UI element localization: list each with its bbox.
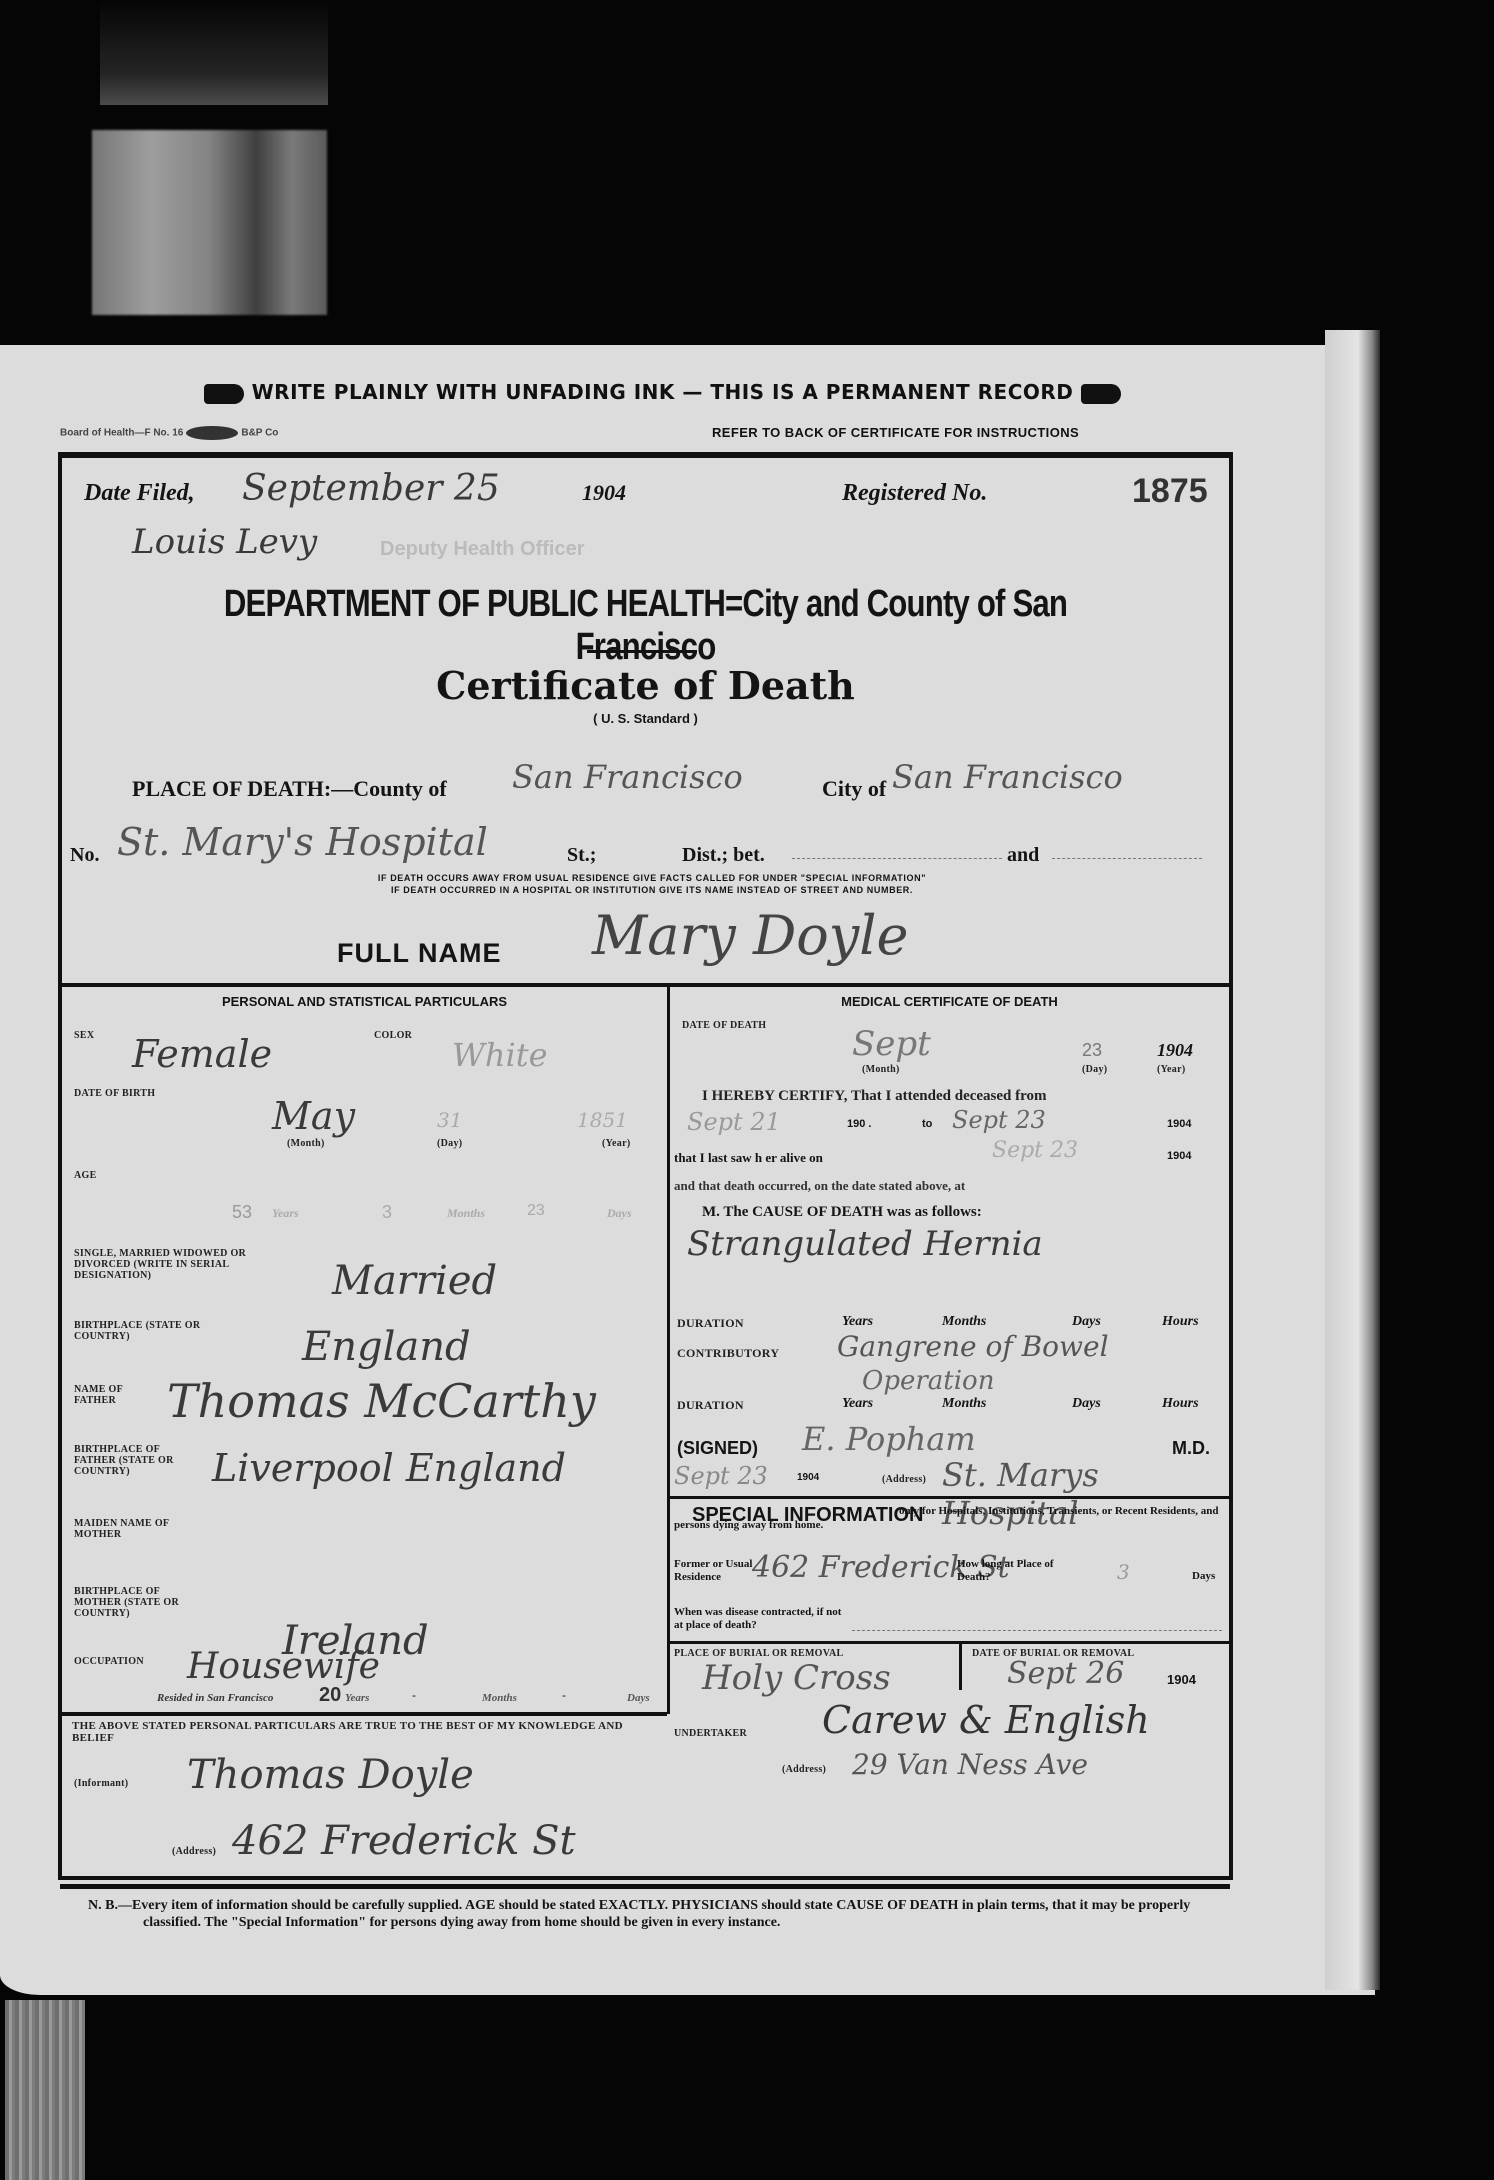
duration-months: Months <box>942 1314 986 1330</box>
title-divider <box>587 650 697 653</box>
date-filed-label: Date Filed, <box>84 480 195 507</box>
dod-month: Sept <box>852 1024 931 1064</box>
cause-text: M. The CAUSE OF DEATH was as follows: <box>702 1204 982 1221</box>
resided-label: Resided in San Francisco <box>157 1692 273 1704</box>
burial-year: 1904 <box>1167 1672 1196 1687</box>
contributory-value-2: Operation <box>862 1366 994 1396</box>
place-of-death-label: PLACE OF DEATH:—County of <box>132 776 447 802</box>
age-days-caption: Days <box>607 1206 632 1221</box>
occupation-label: OCCUPATION <box>74 1656 144 1667</box>
duration-days-2: Days <box>1072 1396 1101 1412</box>
informant-address-label: (Address) <box>172 1846 216 1857</box>
father-birthplace-label: BIRTHPLACE OF FATHER (State or Country) <box>74 1444 194 1477</box>
dod-label: DATE OF DEATH <box>682 1020 766 1031</box>
certificate-title: Certificate of Death <box>62 663 1229 708</box>
personal-bottom-divider <box>62 1712 667 1716</box>
contracted-line <box>852 1630 1222 1631</box>
duration-hours: Hours <box>1162 1314 1199 1330</box>
marital-value: Married <box>332 1258 497 1304</box>
informant-value: Thomas Doyle <box>187 1752 474 1798</box>
how-long-label: How long at Place of Death? <box>957 1558 1067 1584</box>
district-label: Dist.; bet. <box>682 844 765 867</box>
printer-mark: Board of Health—F No. 16B&P Co <box>60 426 278 440</box>
attended-from-year: 190 . <box>847 1118 871 1130</box>
special-bottom-divider <box>667 1641 1229 1644</box>
resided-days: - <box>562 1688 566 1702</box>
full-name-value: Mary Doyle <box>592 904 909 967</box>
street-label: St.; <box>567 844 596 867</box>
physician-address-label: (Address) <box>882 1474 926 1485</box>
footer-divider <box>60 1884 1230 1889</box>
undertaker-address: 29 Van Ness Ave <box>852 1748 1088 1781</box>
father-birthplace-value: Liverpool England <box>212 1446 566 1490</box>
birthplace-label: BIRTHPLACE (State or Country) <box>74 1320 204 1342</box>
dob-day-caption: (Day) <box>437 1138 462 1149</box>
cause-value: Strangulated Hernia <box>687 1224 1043 1264</box>
attended-to: Sept 23 <box>952 1106 1046 1134</box>
background-scrap-top <box>100 0 328 105</box>
dod-day-caption: (Day) <box>1082 1064 1107 1075</box>
permanent-record-banner: WRITE PLAINLY WITH UNFADING INK — THIS I… <box>115 380 1210 404</box>
footer-note: N. B.—Every item of information should b… <box>88 1897 1223 1931</box>
dob-month-caption: (Month) <box>287 1138 325 1149</box>
special-note: only for Hospitals, Institutions, Transi… <box>674 1504 1229 1532</box>
certify-text: I HEREBY CERTIFY, That I attended deceas… <box>702 1088 1047 1105</box>
residence-label: Former or Usual Residence <box>674 1558 759 1584</box>
registered-label: Registered No. <box>842 480 987 507</box>
medical-bottom-divider <box>670 1496 1229 1499</box>
undertaker-address-label: (Address) <box>782 1764 826 1775</box>
registered-number: 1875 <box>1132 472 1208 511</box>
us-standard: ( U. S. Standard ) <box>62 711 1229 726</box>
certificate-form: Date Filed, September 25 1904 Registered… <box>58 452 1233 1880</box>
city-label: City of <box>822 776 886 802</box>
duration-label-2: DURATION <box>677 1400 744 1411</box>
age-years-caption: Years <box>272 1206 299 1221</box>
dod-year: 1904 <box>1157 1040 1193 1061</box>
department-title: DEPARTMENT OF PUBLIC HEALTH=City and Cou… <box>167 583 1124 669</box>
officer-title: Deputy Health Officer <box>380 538 584 561</box>
dob-year: 1851 <box>577 1108 628 1132</box>
contributory-label: CONTRIBUTORY <box>677 1348 779 1359</box>
resided-years-caption: Years <box>345 1692 369 1704</box>
age-months-caption: Months <box>447 1206 485 1221</box>
resided-days-caption: Days <box>627 1692 650 1704</box>
duration-years-2: Years <box>842 1396 873 1412</box>
how-long-value: 3 <box>1117 1560 1130 1584</box>
dod-year-caption: (Year) <box>1157 1064 1185 1075</box>
occupation-value: Housewife <box>187 1646 380 1687</box>
duration-months-2: Months <box>942 1396 986 1412</box>
and-label: and <box>1007 844 1039 867</box>
attended-to-year: 1904 <box>1167 1118 1191 1130</box>
signed-label: (SIGNED) <box>677 1438 758 1459</box>
date-filed-value: September 25 <box>242 468 500 509</box>
burial-date-value: Sept 26 <box>1007 1656 1124 1691</box>
column-divider <box>667 987 670 1714</box>
informant-address-value: 462 Frederick St <box>232 1818 576 1864</box>
page-edge <box>1325 330 1380 1990</box>
background-scrap-paper <box>92 130 327 315</box>
to-label: to <box>922 1118 932 1130</box>
dod-month-caption: (Month) <box>862 1064 900 1075</box>
father-label: NAME OF FATHER <box>74 1384 154 1406</box>
age-years: 53 <box>232 1202 252 1223</box>
age-months: 3 <box>382 1202 392 1223</box>
age-days: 23 <box>527 1202 545 1220</box>
officer-signature: Louis Levy <box>132 522 317 562</box>
dod-day: 23 <box>1082 1040 1102 1061</box>
dob-day: 31 <box>437 1108 462 1132</box>
last-saw-year: 1904 <box>1167 1150 1191 1162</box>
dob-year-caption: (Year) <box>602 1138 630 1149</box>
city-value: San Francisco <box>892 758 1123 796</box>
place-no-value: St. Mary's Hospital <box>117 820 488 864</box>
no-label: No. <box>70 844 99 867</box>
dob-month: May <box>272 1094 355 1138</box>
duration-years: Years <box>842 1314 873 1330</box>
informant-label: (Informant) <box>74 1778 128 1789</box>
place-note-line1: IF DEATH OCCURS AWAY FROM USUAL RESIDENC… <box>212 872 1092 884</box>
last-saw-date: Sept 23 <box>992 1138 1078 1163</box>
age-label: AGE <box>74 1170 97 1181</box>
name-divider <box>62 983 1229 987</box>
place-note: IF DEATH OCCURS AWAY FROM USUAL RESIDENC… <box>212 872 1092 896</box>
dob-label: DATE OF BIRTH <box>74 1088 155 1099</box>
burial-divider <box>959 1644 962 1690</box>
how-long-days: Days <box>1192 1570 1215 1582</box>
signed-year: 1904 <box>797 1472 819 1483</box>
duration-hours-2: Hours <box>1162 1396 1199 1412</box>
undertaker-value: Carew & English <box>822 1698 1150 1742</box>
attended-from: Sept 21 <box>687 1108 781 1136</box>
pointing-hand-icon <box>1081 384 1121 404</box>
resided-months: - <box>412 1688 416 1702</box>
father-value: Thomas McCarthy <box>167 1374 596 1428</box>
sex-value: Female <box>132 1032 272 1076</box>
burial-place-value: Holy Cross <box>702 1658 891 1698</box>
banner-text: WRITE PLAINLY WITH UNFADING INK — THIS I… <box>252 380 1074 404</box>
contributory-value: Gangrene of Bowel <box>837 1330 1109 1363</box>
signed-date: Sept 23 <box>674 1462 768 1490</box>
color-label: COLOR <box>374 1030 412 1041</box>
date-filed-year: 1904 <box>582 480 626 506</box>
duration-days: Days <box>1072 1314 1101 1330</box>
and-line <box>1052 858 1202 859</box>
full-name-label: FULL NAME <box>337 938 502 969</box>
personal-heading: PERSONAL AND STATISTICAL PARTICULARS <box>62 994 667 1009</box>
color-value: White <box>452 1036 548 1074</box>
medical-heading: MEDICAL CERTIFICATE OF DEATH <box>670 994 1229 1009</box>
sex-label: SEX <box>74 1030 94 1041</box>
resided-months-caption: Months <box>482 1692 517 1704</box>
physician-signature: E. Popham <box>802 1420 976 1458</box>
resided-years: 20 <box>319 1684 341 1707</box>
duration-label: DURATION <box>677 1318 744 1329</box>
background-scrap-bottom <box>5 2000 85 2180</box>
birthplace-value: England <box>302 1324 471 1370</box>
printer-mark-right: B&P Co <box>241 428 278 439</box>
mother-birthplace-label: BIRTHPLACE OF MOTHER (State or Country) <box>74 1586 194 1619</box>
mother-label: MAIDEN NAME OF MOTHER <box>74 1518 194 1540</box>
printer-mark-left: Board of Health—F No. 16 <box>60 428 183 439</box>
marital-label: SINGLE, MARRIED WIDOWED OR DIVORCED (Wri… <box>74 1248 259 1281</box>
affirmation: THE ABOVE STATED PERSONAL PARTICULARS AR… <box>72 1720 662 1744</box>
undertaker-label: UNDERTAKER <box>674 1728 747 1739</box>
occurred-text: and that death occurred, on the date sta… <box>674 1178 965 1194</box>
last-saw-text: that I last saw h er alive on <box>674 1150 823 1166</box>
county-value: San Francisco <box>512 758 743 796</box>
contracted-label: When was disease contracted, if not at p… <box>674 1606 844 1632</box>
pointing-hand-icon <box>204 384 244 404</box>
place-note-line2: IF DEATH OCCURRED IN A HOSPITAL OR INSTI… <box>212 884 1092 896</box>
seal-icon <box>186 426 238 440</box>
refer-note: REFER TO BACK OF CERTIFICATE FOR INSTRUC… <box>712 425 1079 440</box>
district-line <box>792 858 1002 859</box>
